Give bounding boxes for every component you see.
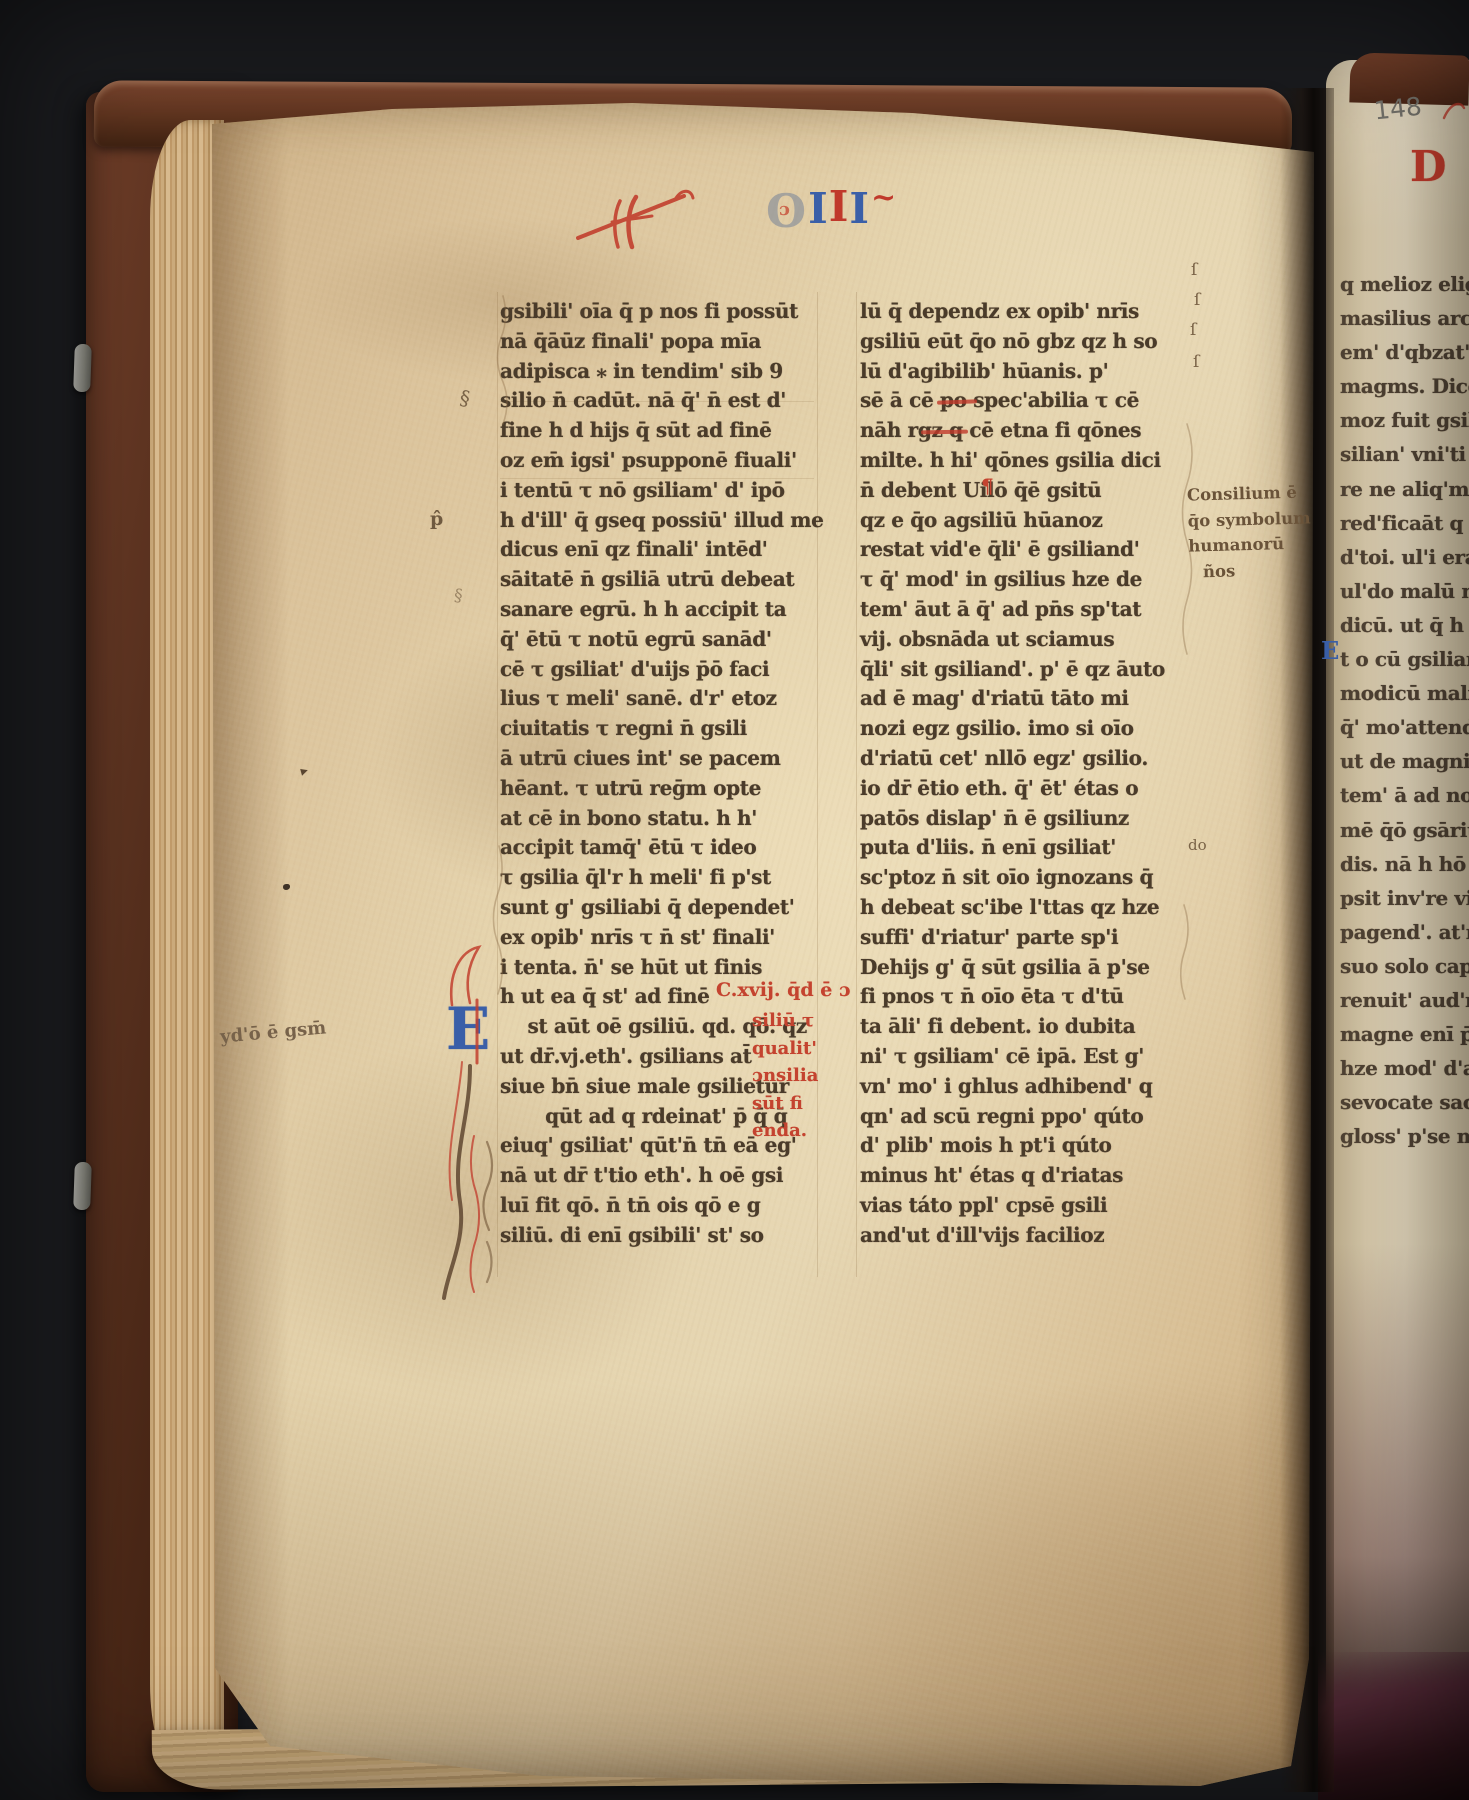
blue-paraph-initial: E [1321, 636, 1339, 665]
gutter-shadow [1280, 88, 1334, 1792]
ruling-line [856, 292, 857, 1277]
text-line: silian' vni'ti [1340, 437, 1469, 471]
text-line: dicus enī qz finali' intēd' [500, 535, 812, 565]
margin-squiggle: ſ [1190, 320, 1196, 340]
text-line: vij. obsnāda ut sciamus [860, 625, 1183, 655]
numeral-i: I [849, 188, 868, 230]
margin-do-mark: do [1188, 836, 1207, 854]
text-line: nā q̄āūz finali' popa mīa [500, 327, 812, 357]
margin-p-mark: p̂ [430, 508, 443, 530]
text-line: at cē in bono statu. h h' [500, 804, 812, 834]
text-line: t o cū gsiliam' [1340, 642, 1469, 676]
text-line: hze mod' d'agend' [1340, 1051, 1469, 1085]
margin-squiggle: ſ [1193, 352, 1199, 372]
text-line: nāh rgz q cē etna fi qōnes [860, 416, 1183, 446]
rubric-line: sūt fi [752, 1090, 818, 1118]
text-line: q̄' mo'attendim' [1340, 710, 1469, 744]
ruling-line [497, 292, 498, 1277]
numeral-o: Oɔ [766, 188, 806, 234]
text-line: magne enī p̄ hūc [1340, 1017, 1469, 1051]
clasp-pin-bottom [73, 1162, 92, 1211]
rubric-line: qualit' [752, 1035, 818, 1063]
numeral-i: I [808, 188, 827, 230]
text-line: pagend'. at'n q [1340, 915, 1469, 949]
gloss-line: humanorū [1188, 530, 1312, 559]
text-line: ex opib' nrīs τ n̄ st' finali' [500, 923, 812, 953]
text-line: ta āli' fi debent. io dubita [860, 1012, 1183, 1042]
chapter-rubric-heading: C.xvij. q̄d ē ɔ [716, 979, 851, 1001]
text-line: restat vid'e q̄li' ē gsiliand' [860, 535, 1183, 565]
text-line: gsibili' oīa q̄ p nos fi possūt [500, 297, 812, 327]
gloss-line: ños [1189, 556, 1313, 585]
clasp-pin-top [73, 344, 92, 393]
text-line: qz e q̄o agsiliū hūanoz [860, 506, 1183, 536]
text-line: sanare egrū. h h accipit ta [500, 595, 812, 625]
text-line: silio n̄ cadūt. nā q̄' n̄ est d' [500, 386, 812, 416]
text-line: milte. h hi' qōnes gsilia dici [860, 446, 1183, 476]
margin-squiggle: ſ [1191, 260, 1197, 280]
text-line: nozi egz gsilio. imo si oīo [860, 714, 1183, 744]
gloss-line: Consilium ē [1187, 479, 1311, 508]
text-line: d' plib' mois h pt'i qúto [860, 1131, 1183, 1161]
text-line: q̄' ētū τ notū egrū sanād' [500, 625, 812, 655]
text-line: vn' mo' i ghlus adhibend' q [860, 1072, 1183, 1102]
text-line: suo solo cap'io [1340, 949, 1469, 983]
text-line: fine h d hijs q̄ sūt ad finē [500, 416, 812, 446]
text-line: d'riatū cet' nllō egz' gsilio. [860, 744, 1183, 774]
text-line: τ q̄' mod' in gsilius hze de [860, 565, 1183, 595]
text-line: sāitatē n̄ gsiliā utrū debeat [500, 565, 812, 595]
text-line: adipisca ⁎ in tendim' sib 9 [500, 357, 812, 387]
text-line: ul'do malū mo [1340, 574, 1469, 608]
text-line: red'ficaāt q o se [1340, 506, 1469, 540]
text-line: tem' āut ā q̄' ad pn̄s sp'tat [860, 595, 1183, 625]
text-line: ut de magnis g [1340, 744, 1469, 778]
text-line: h debeat sc'ibe l'ttas qz hze [860, 893, 1183, 923]
text-line: ad ē mag' d'riatū tāto mi [860, 684, 1183, 714]
text-line: ciuitatis τ regni n̄ gsili [500, 714, 812, 744]
text-line: i tentū τ nō gsiliam' d' ipō [500, 476, 812, 506]
text-line: tem' ā ad nobis [1340, 778, 1469, 812]
text-line: masilius arcti [1340, 301, 1469, 335]
text-line: Dehijs g' q̄ sūt gsilia ā p'se [860, 953, 1183, 983]
text-line: oz em̄ igsi' psupponē fiuali' [500, 446, 812, 476]
text-line: i tenta. n̄' se hūt ut finis [500, 953, 812, 983]
text-line: puta d'liis. n̄ enī gsiliat' [860, 833, 1183, 863]
text-line: suffi' d'riatur' parte sp'i [860, 923, 1183, 953]
correction-strike [921, 430, 968, 435]
text-line: sē ā cē po spec'abilia τ cē [860, 386, 1183, 416]
text-line: gloss' p'se mlt [1340, 1119, 1469, 1153]
text-line: moz fuit gsilia [1340, 403, 1469, 437]
text-line: h d'ill' q̄ gseq possiū' illud me [500, 506, 812, 536]
text-line: dicū. ut q̄ h chā' [1340, 608, 1469, 642]
text-line: io dr̄ ētio eth. q̄' ēt' étas o [860, 774, 1183, 804]
text-line: dis. nā h hō in [1340, 847, 1469, 881]
text-line: lius τ meli' sanē. d'r' etoz [500, 684, 812, 714]
numeral-o-inner-mark: ɔ [779, 201, 790, 219]
text-line: modicū mali est [1340, 676, 1469, 710]
text-line: and'ut d'ill'vijs facilioz [860, 1221, 1183, 1251]
running-header-numeral: Oɔ I I I ~ [766, 188, 896, 234]
gloss-line: q̄o symbolum [1187, 505, 1311, 534]
margin-squiggle: ſ [1194, 290, 1200, 310]
text-line: ni' τ gsiliam' cē ipā. Est g' [860, 1042, 1183, 1072]
chapter-rubric-stack: siliū τqualit'ɔnsiliasūt fienda. [752, 1007, 818, 1145]
text-line: gsiliū eūt q̄o nō gbz qz h so [860, 327, 1183, 357]
text-line: lū d'agibilib' hūanis. p' [860, 357, 1183, 387]
folio-number: 148 [1373, 92, 1423, 126]
text-line: luī fit qō. n̄ tn̄ ois qō e g [500, 1191, 812, 1221]
text-line: minus ht' étas q d'riatas [860, 1161, 1183, 1191]
text-line: hēant. τ utrū reḡm opte [500, 774, 812, 804]
text-line: sunt g' gsiliabi q̄ dependet' [500, 893, 812, 923]
text-line: ā utrū ciues int' se pacem [500, 744, 812, 774]
manuscript-photo: q melioz eligamasilius arctiem' d'qbzat'… [0, 0, 1469, 1800]
numeral-i: I [829, 186, 848, 228]
text-column-right: lū q̄ dependz ex opib' nrīsgsiliū eūt q̄… [860, 297, 1183, 1251]
text-line: lū q̄ dependz ex opib' nrīs [860, 297, 1183, 327]
text-line: fi pnos τ n̄ oīo ēta τ d'tū [860, 982, 1183, 1012]
text-line: psit inv're via [1340, 881, 1469, 915]
text-line: qn' ad scū regni ppo' qúto [860, 1102, 1183, 1132]
text-line: q melioz eliga [1340, 267, 1469, 301]
text-line: cē τ gsiliat' d'uijs p̄ō faci [500, 655, 812, 685]
right-book-cover-bottom [1318, 1652, 1469, 1800]
text-line: nā ut dr̄ t'tio eth'. h oē gsi [500, 1161, 812, 1191]
right-page: q melioz eligamasilius arctiem' d'qbzat'… [1326, 60, 1469, 1800]
text-line: sc'ptoz n̄ sit oīo ignozans q̄ [860, 863, 1183, 893]
text-line: em' d'qbzat' m [1340, 335, 1469, 369]
rubric-line: ɔnsilia [752, 1062, 818, 1090]
text-line: magms. Dice [1340, 369, 1469, 403]
margin-gloss-consilium: Consilium ēq̄o symbolumhumanorūños [1187, 479, 1313, 584]
right-page-text-column: q melioz eligamasilius arctiem' d'qbzat'… [1340, 267, 1469, 1153]
text-line: vias táto ppl' cpsē gsili [860, 1191, 1183, 1221]
rubric-line: siliū τ [752, 1007, 818, 1035]
text-line: q̄li' sit gsiliand'. p' ē qz āuto [860, 655, 1183, 685]
rubric-line: enda. [752, 1117, 818, 1145]
text-line: sevocate sac' p'nā [1340, 1085, 1469, 1119]
paraph-mark: ¶ [981, 474, 994, 498]
text-line: re ne aliq'm so [1340, 472, 1469, 506]
text-line: patōs dislap' n̄ ē gsiliunz [860, 804, 1183, 834]
numeral-flourish: ~ [871, 180, 896, 215]
rubricated-initial-d: D [1410, 146, 1446, 188]
text-line: siliū. di enī gsibili' st' so [500, 1221, 812, 1251]
text-line: n̄ debent Uilō q̄ē gsitū [860, 476, 1183, 506]
text-line: renuit' aud're [1340, 983, 1469, 1017]
chapter-initial-e: E [446, 1000, 490, 1058]
text-line: d'toi. ul'i erat [1340, 540, 1469, 574]
text-line: accipit tamq̄' ētū τ ideo [500, 833, 812, 863]
text-line: mē q̄ō gsāriū d' [1340, 813, 1469, 847]
text-line: τ gsilia q̄l'r h meli' fi p'st [500, 863, 812, 893]
